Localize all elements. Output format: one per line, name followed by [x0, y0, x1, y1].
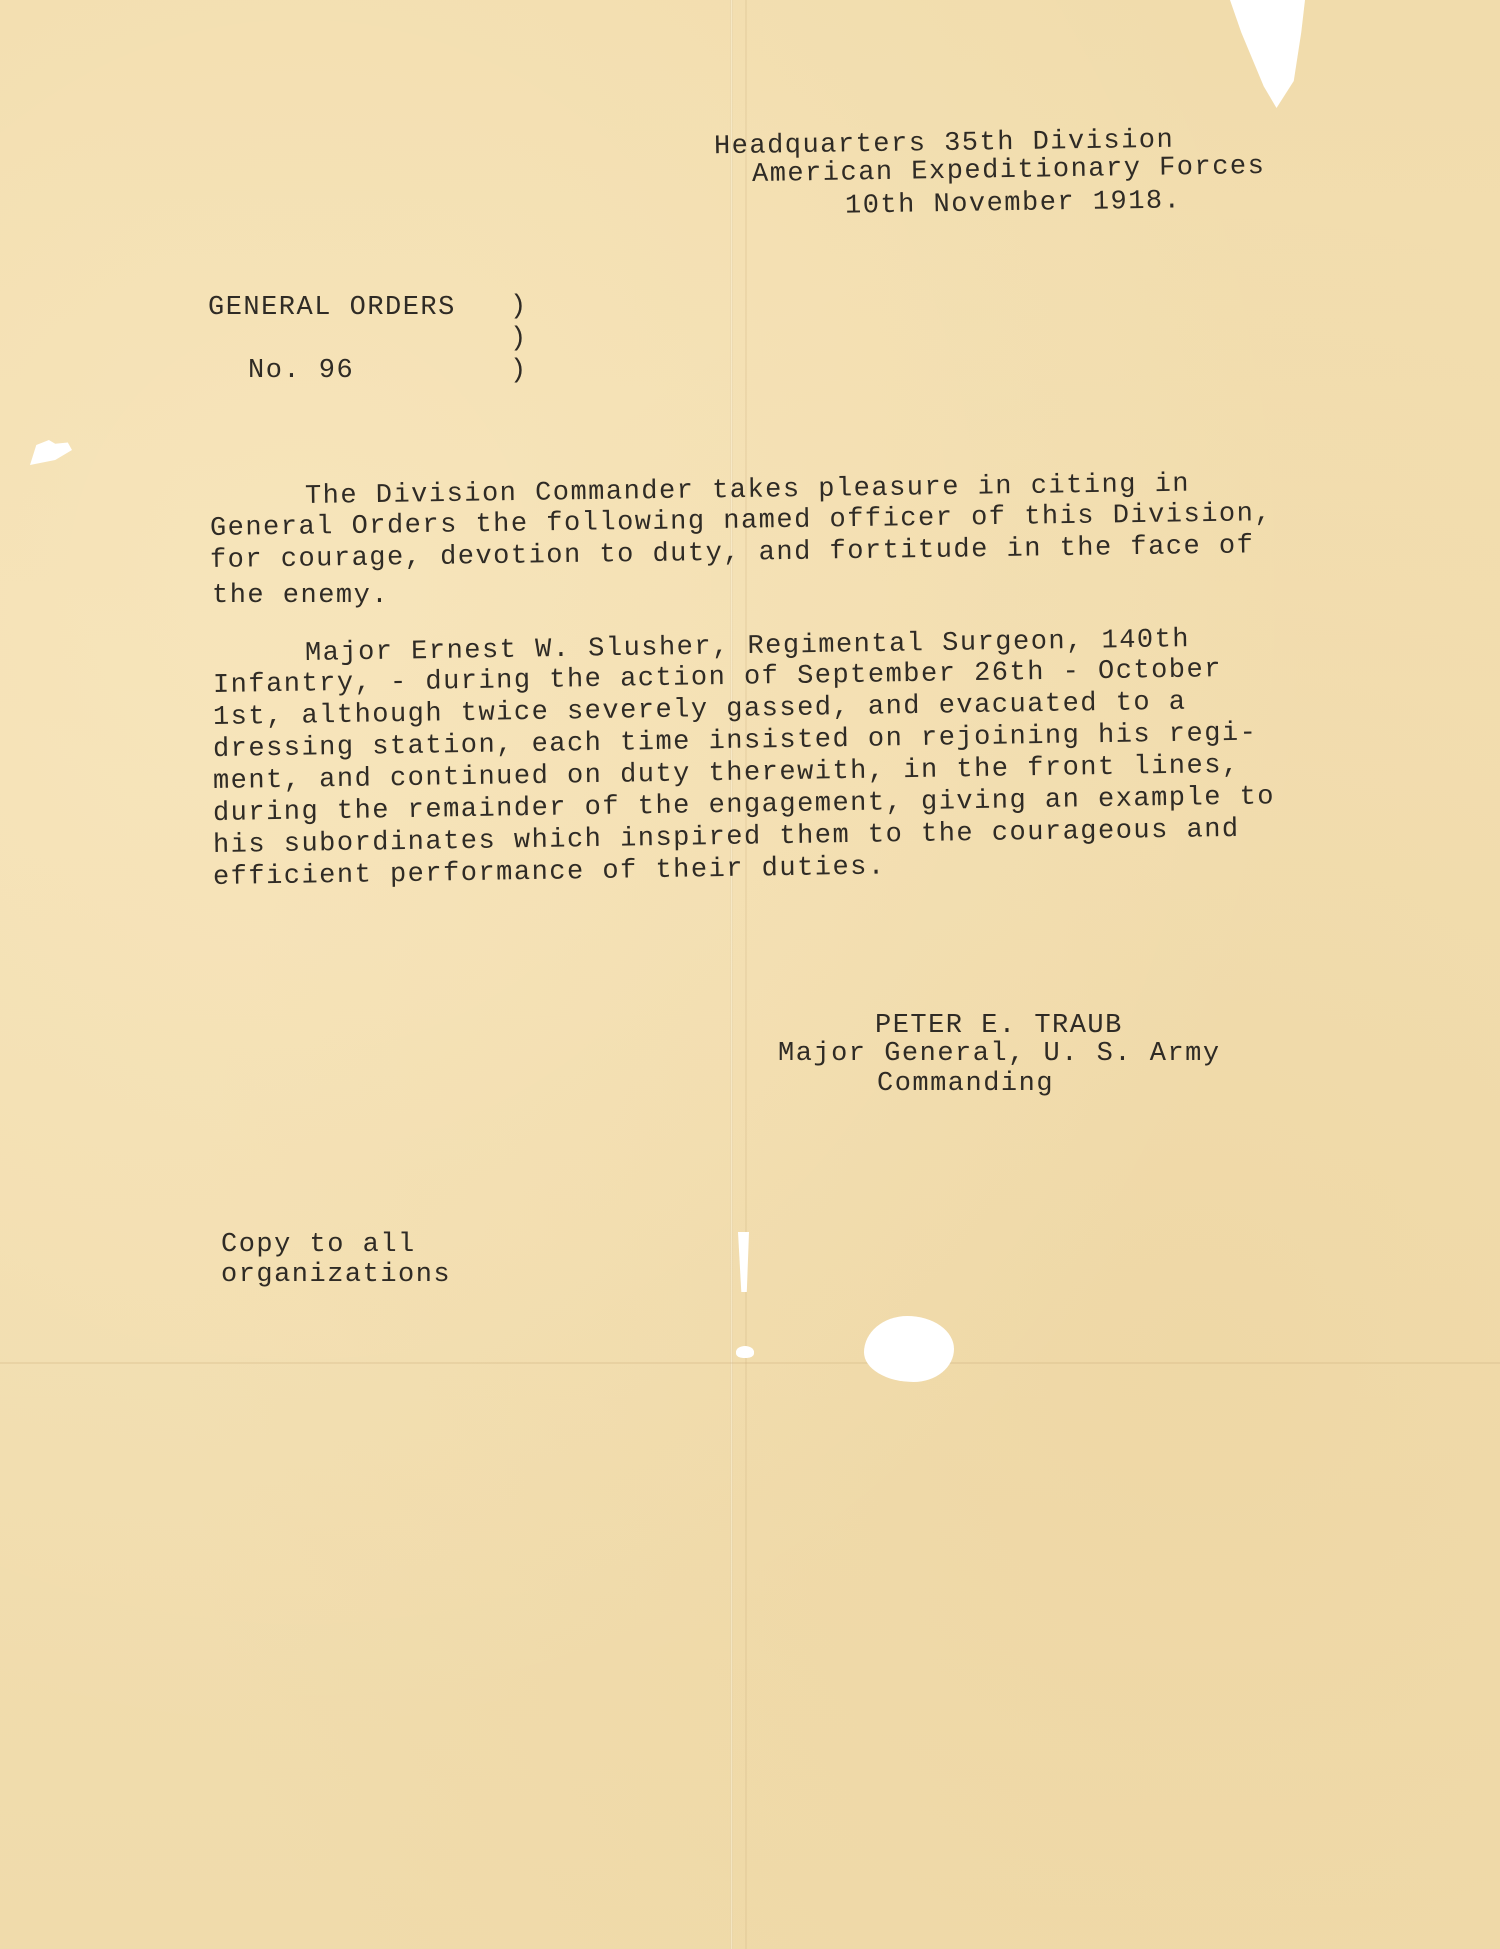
distribution-line-1: Copy to all [221, 1229, 416, 1261]
vertical-fold-line [730, 0, 733, 1949]
paper-tear-top-right [1230, 0, 1305, 108]
vertical-fold-line-secondary [745, 0, 747, 1949]
bracket-3: ) [510, 355, 526, 387]
bracket-2: ) [510, 323, 526, 355]
horizontal-fold-line [0, 1362, 1500, 1364]
general-orders-title: GENERAL ORDERS [208, 292, 456, 324]
header-date: 10th November 1918. [845, 185, 1182, 222]
paper-hole-round [864, 1316, 954, 1382]
bracket-1: ) [510, 291, 526, 323]
document-page: Headquarters 35th Division American Expe… [0, 0, 1500, 1949]
signatory-role: Commanding [877, 1068, 1054, 1100]
paragraph1-line-4: the enemy. [212, 580, 389, 612]
order-number: No. 96 [248, 355, 354, 387]
paper-tear-left [30, 440, 72, 465]
header-line-aef: American Expeditionary Forces [752, 151, 1266, 191]
distribution-line-2: organizations [221, 1259, 451, 1291]
paper-hole-small [736, 1346, 754, 1358]
signatory-rank: Major General, U. S. Army [778, 1038, 1221, 1070]
paper-tear-center [738, 1232, 749, 1292]
